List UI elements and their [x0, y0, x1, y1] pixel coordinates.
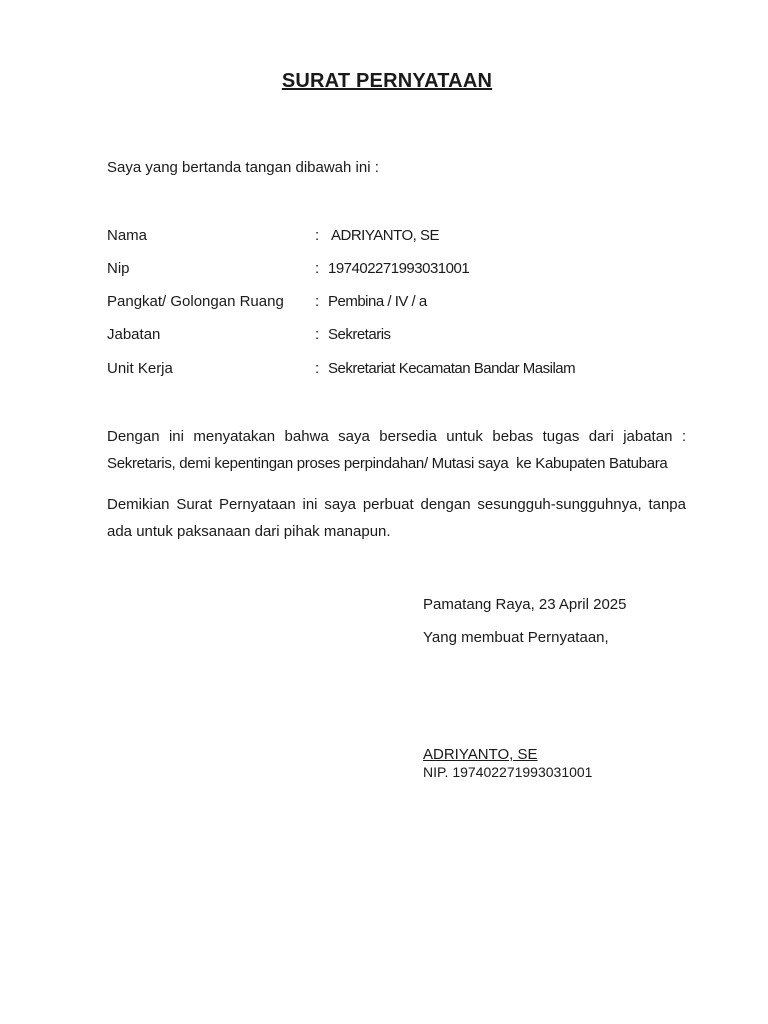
closing-line-1: Demikian Surat Pernyataan ini saya perbu… — [107, 491, 686, 518]
intro-text: Saya yang bertanda tangan dibawah ini : — [107, 159, 379, 176]
field-label-jabatan: Jabatan — [107, 326, 160, 343]
field-label-unit-kerja: Unit Kerja — [107, 360, 173, 377]
field-label-pangkat: Pangkat/ Golongan Ruang — [107, 293, 284, 310]
signatory-role: Yang membuat Pernyataan, — [423, 629, 609, 646]
field-colon: : — [315, 293, 319, 310]
statement-paragraph: Dengan ini menyatakan bahwa saya bersedi… — [107, 423, 686, 477]
field-colon: : — [315, 227, 319, 244]
field-colon: : — [315, 360, 319, 377]
field-value-nama: ADRIYANTO, SE — [331, 227, 439, 244]
field-colon: : — [315, 326, 319, 343]
field-colon: : — [315, 260, 319, 277]
document-title: SURAT PERNYATAAN — [0, 70, 768, 93]
field-value-nip: 197402271993031001 — [328, 260, 469, 277]
closing-paragraph: Demikian Surat Pernyataan ini saya perbu… — [107, 491, 686, 545]
field-value-unit-kerja: Sekretariat Kecamatan Bandar Masilam — [328, 360, 575, 377]
field-value-jabatan: Sekretaris — [328, 326, 391, 343]
place-date: Pamatang Raya, 23 April 2025 — [423, 596, 626, 613]
field-value-pangkat: Pembina / IV / a — [328, 293, 427, 310]
field-label-nip: Nip — [107, 260, 130, 277]
closing-line-2: ada untuk paksanaan dari pihak manapun. — [107, 518, 686, 545]
statement-line-1: Dengan ini menyatakan bahwa saya bersedi… — [107, 423, 686, 450]
field-label-nama: Nama — [107, 227, 147, 244]
signatory-name: ADRIYANTO, SE — [423, 746, 537, 763]
signatory-nip: NIP. 197402271993031001 — [423, 764, 592, 780]
statement-line-2: Sekretaris, demi kepentingan proses perp… — [107, 450, 686, 477]
